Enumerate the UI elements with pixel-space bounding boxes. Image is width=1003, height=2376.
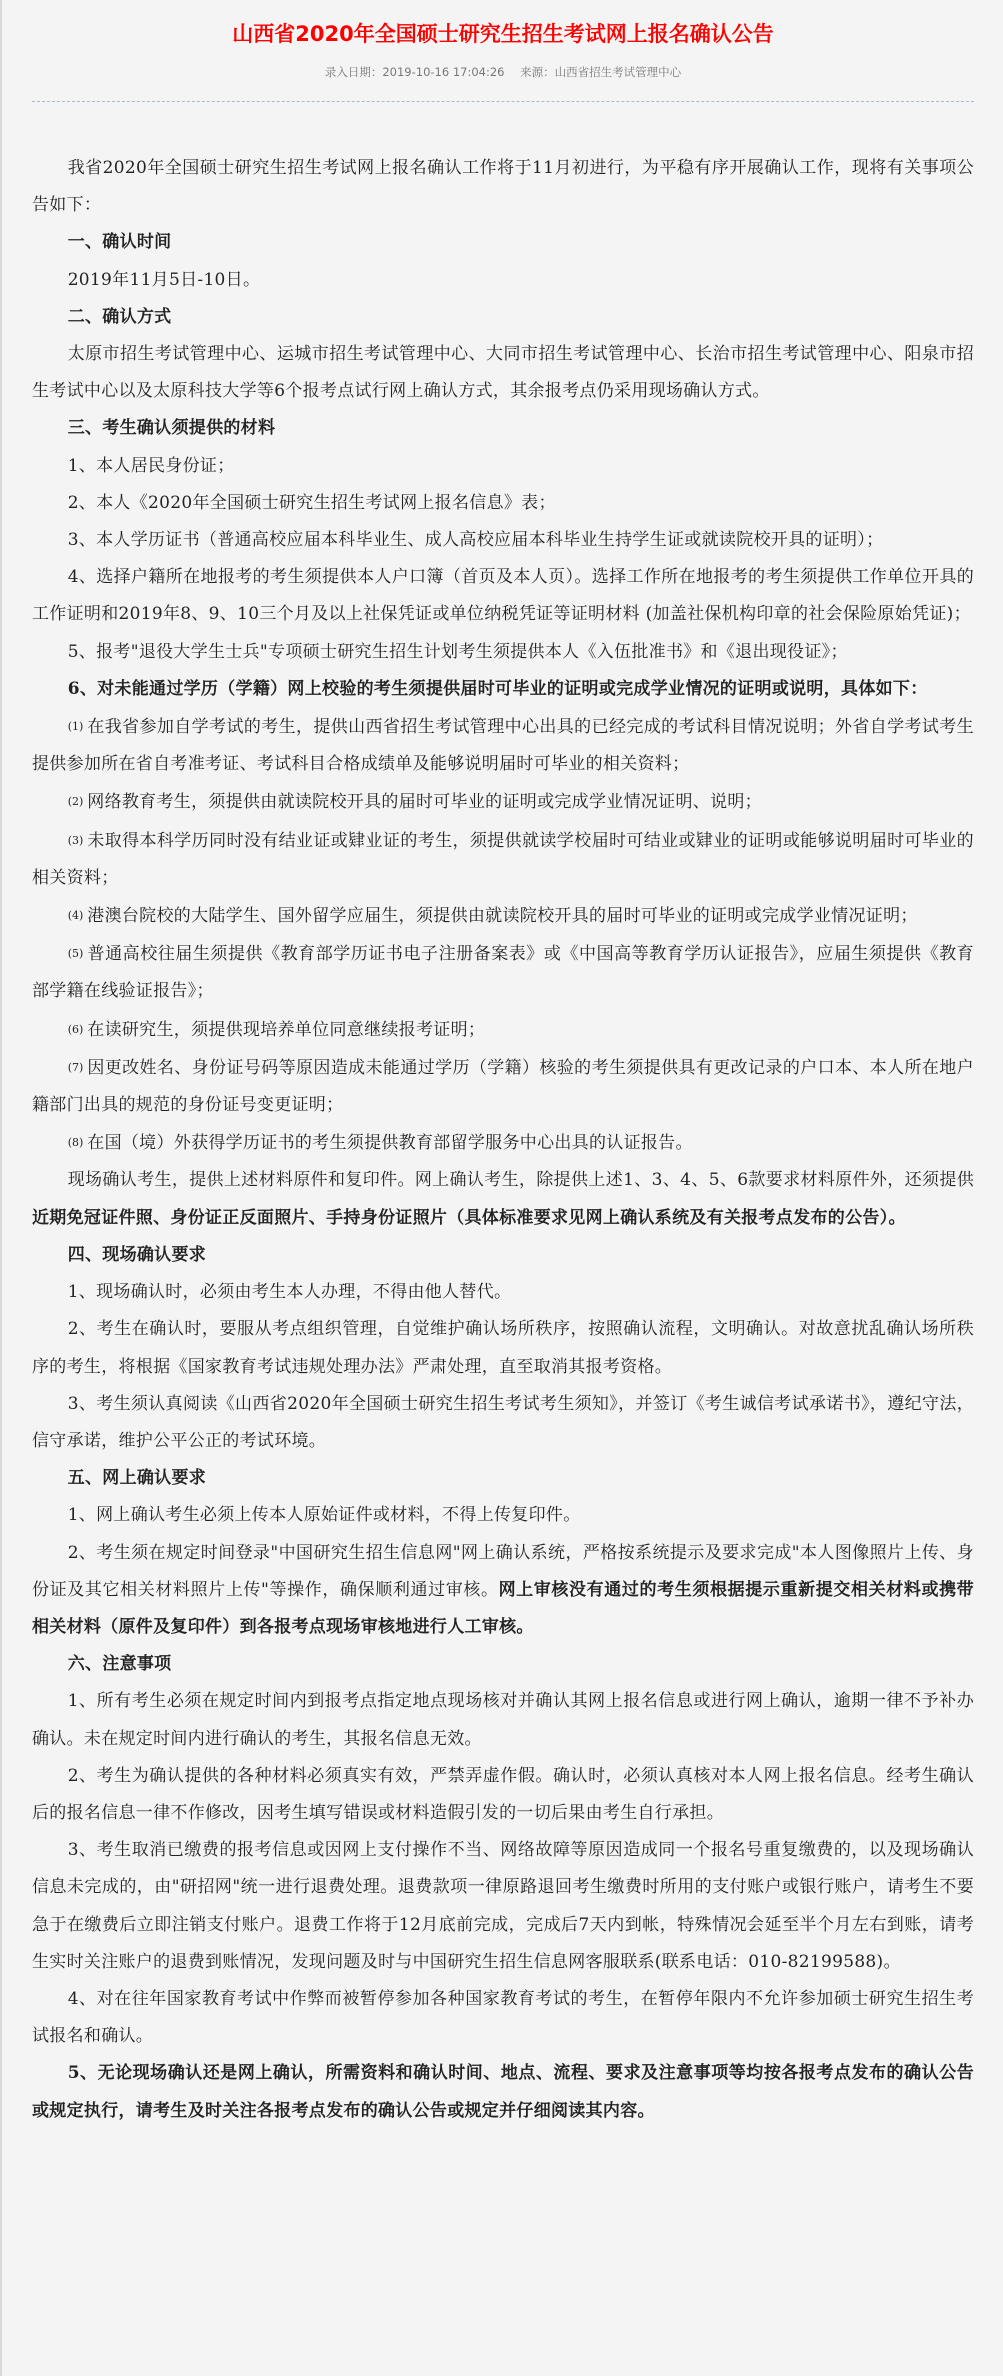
source: 来源：山西省招生考试管理中心 (520, 65, 681, 79)
notes-item: 1、所有考生必须在规定时间内到报考点指定地点现场核对并确认其网上报名信息或进行网… (32, 1683, 974, 1757)
sub-item-text: 因更改姓名、身份证号码等原因造成未能通过学历（学籍）核验的考生须提供具有更改记录… (32, 1058, 974, 1115)
materials-sub-item: (4)港澳台院校的大陆学生、国外留学应届生，须提供由就读院校开具的届时可毕业的证… (32, 897, 974, 935)
materials-sub-item: (6)在读研究生，须提供现培养单位同意继续报考证明； (32, 1011, 974, 1049)
sub-item-marker: (2) (68, 795, 84, 808)
onsite-item: 2、考生在确认时，要服从考点组织管理，自觉维护确认场所秩序，按照确认流程，文明确… (32, 1311, 974, 1385)
materials-closing: 现场确认考生，提供上述材料原件和复印件。网上确认考生，除提供上述1、3、4、5、… (32, 1162, 974, 1236)
onsite-item: 3、考生须认真阅读《山西省2020年全国硕士研究生招生考试考生须知》，并签订《考… (32, 1386, 974, 1460)
materials-item: 1、本人居民身份证； (32, 448, 974, 485)
title-divider (32, 101, 974, 102)
section-heading-onsite: 四、现场确认要求 (32, 1237, 974, 1274)
sub-item-marker: (7) (68, 1061, 84, 1074)
materials-item: 3、本人学历证书（普通高校应届本科毕业生、成人高校应届本科毕业生持学生证或就读院… (32, 522, 974, 559)
sub-item-marker: (4) (68, 909, 84, 922)
sub-item-text: 未取得本科学历同时没有结业证或肄业证的考生，须提供就读学校届时可结业或肄业的证明… (32, 831, 974, 888)
materials-sub-item: (3)未取得本科学历同时没有结业证或肄业证的考生，须提供就读学校届时可结业或肄业… (32, 822, 974, 897)
sub-item-marker: (1) (68, 720, 84, 733)
notes-item: 2、考生为确认提供的各种材料必须真实有效，严禁弄虚作假。确认时，必须认真核对本人… (32, 1758, 974, 1832)
online-item: 1、网上确认考生必须上传本人原始证件或材料，不得上传复印件。 (32, 1497, 974, 1534)
materials-closing-emphasis: 近期免冠证件照、身份证正反面照片、手持身份证照片（具体标准要求见网上确认系统及有… (32, 1208, 906, 1228)
article: 山西省2020年全国硕士研究生招生考试网上报名确认公告 录入日期：2019-10… (32, 0, 974, 2130)
sub-item-text: 在国（境）外获得学历证书的考生须提供教育部留学服务中心出具的认证报告。 (87, 1133, 693, 1153)
sub-item-marker: (3) (68, 834, 84, 847)
article-title: 山西省2020年全国硕士研究生招生考试网上报名确认公告 (32, 0, 974, 48)
sub-item-text: 普通高校往届生须提供《教育部学历证书电子注册备案表》或《中国高等教育学历认证报告… (32, 944, 974, 1001)
materials-item: 2、本人《2020年全国硕士研究生招生考试网上报名信息》表； (32, 485, 974, 522)
materials-sub-item: (1)在我省参加自学考试的考生，提供山西省招生考试管理中心出具的已经完成的考试科… (32, 708, 974, 783)
sub-item-text: 港澳台院校的大陆学生、国外留学应届生，须提供由就读院校开具的届时可毕业的证明或完… (87, 906, 917, 926)
confirm-time-value: 2019年11月5日-10日。 (32, 262, 974, 299)
notes-item: 3、考生取消已缴费的报考信息或因网上支付操作不当、网络故障等原因造成同一个报名号… (32, 1832, 974, 1981)
section-heading-online: 五、网上确认要求 (32, 1460, 974, 1497)
confirm-method-paragraph: 太原市招生考试管理中心、运城市招生考试管理中心、大同市招生考试管理中心、长治市招… (32, 336, 974, 410)
materials-sub-item: (2)网络教育考生，须提供由就读院校开具的届时可毕业的证明或完成学业情况证明、说… (32, 783, 974, 821)
sub-item-text: 网络教育考生，须提供由就读院校开具的届时可毕业的证明或完成学业情况证明、说明； (87, 792, 762, 812)
sub-item-marker: (5) (68, 947, 84, 960)
article-body: 我省2020年全国硕士研究生招生考试网上报名确认工作将于11月初进行，为平稳有序… (32, 150, 974, 2130)
onsite-item: 1、现场确认时，必须由考生本人办理，不得由他人替代。 (32, 1274, 974, 1311)
section-heading-confirm-method: 二、确认方式 (32, 299, 974, 336)
materials-item-bold: 6、对未能通过学历（学籍）网上校验的考生须提供届时可毕业的证明或完成学业情况的证… (32, 671, 974, 708)
intro-paragraph: 我省2020年全国硕士研究生招生考试网上报名确认工作将于11月初进行，为平稳有序… (32, 150, 974, 224)
notes-item: 4、对在往年国家教育考试中作弊而被暂停参加各种国家教育考试的考生，在暂停年限内不… (32, 1981, 974, 2055)
sub-item-text: 在我省参加自学考试的考生，提供山西省招生考试管理中心出具的已经完成的考试科目情况… (32, 717, 974, 774)
materials-item: 4、选择户籍所在地报考的考生须提供本人户口簿（首页及本人页）。选择工作所在地报考… (32, 559, 974, 633)
section-heading-confirm-time: 一、确认时间 (32, 224, 974, 261)
materials-sub-item: (7)因更改姓名、身份证号码等原因造成未能通过学历（学籍）核验的考生须提供具有更… (32, 1049, 974, 1124)
article-meta: 录入日期：2019-10-16 17:04:26 来源：山西省招生考试管理中心 (32, 64, 974, 80)
materials-item: 5、报考"退役大学生士兵"专项硕士研究生招生计划考生须提供本人《入伍批准书》和《… (32, 634, 974, 671)
sub-item-text: 在读研究生，须提供现培养单位同意继续报考证明； (87, 1020, 485, 1040)
notes-item-bold: 5、无论现场确认还是网上确认，所需资料和确认时间、地点、流程、要求及注意事项等均… (32, 2055, 974, 2129)
entry-date-label: 录入日期： (325, 65, 383, 79)
section-heading-materials: 三、考生确认须提供的材料 (32, 410, 974, 447)
materials-closing-text: 现场确认考生，提供上述材料原件和复印件。网上确认考生，除提供上述1、3、4、5、… (68, 1170, 974, 1190)
entry-date-value: 2019-10-16 17:04:26 (382, 65, 504, 79)
source-label: 来源： (520, 65, 555, 79)
sub-item-marker: (6) (68, 1023, 84, 1036)
materials-sub-item: (8)在国（境）外获得学历证书的考生须提供教育部留学服务中心出具的认证报告。 (32, 1124, 974, 1162)
entry-date: 录入日期：2019-10-16 17:04:26 (325, 65, 505, 79)
online-item: 2、考生须在规定时间登录"中国研究生招生信息网"网上确认系统，严格按系统提示及要… (32, 1535, 974, 1647)
sub-item-marker: (8) (68, 1136, 84, 1149)
source-value: 山西省招生考试管理中心 (555, 65, 682, 79)
section-heading-notes: 六、注意事项 (32, 1646, 974, 1683)
materials-sub-item: (5)普通高校往届生须提供《教育部学历证书电子注册备案表》或《中国高等教育学历认… (32, 935, 974, 1010)
